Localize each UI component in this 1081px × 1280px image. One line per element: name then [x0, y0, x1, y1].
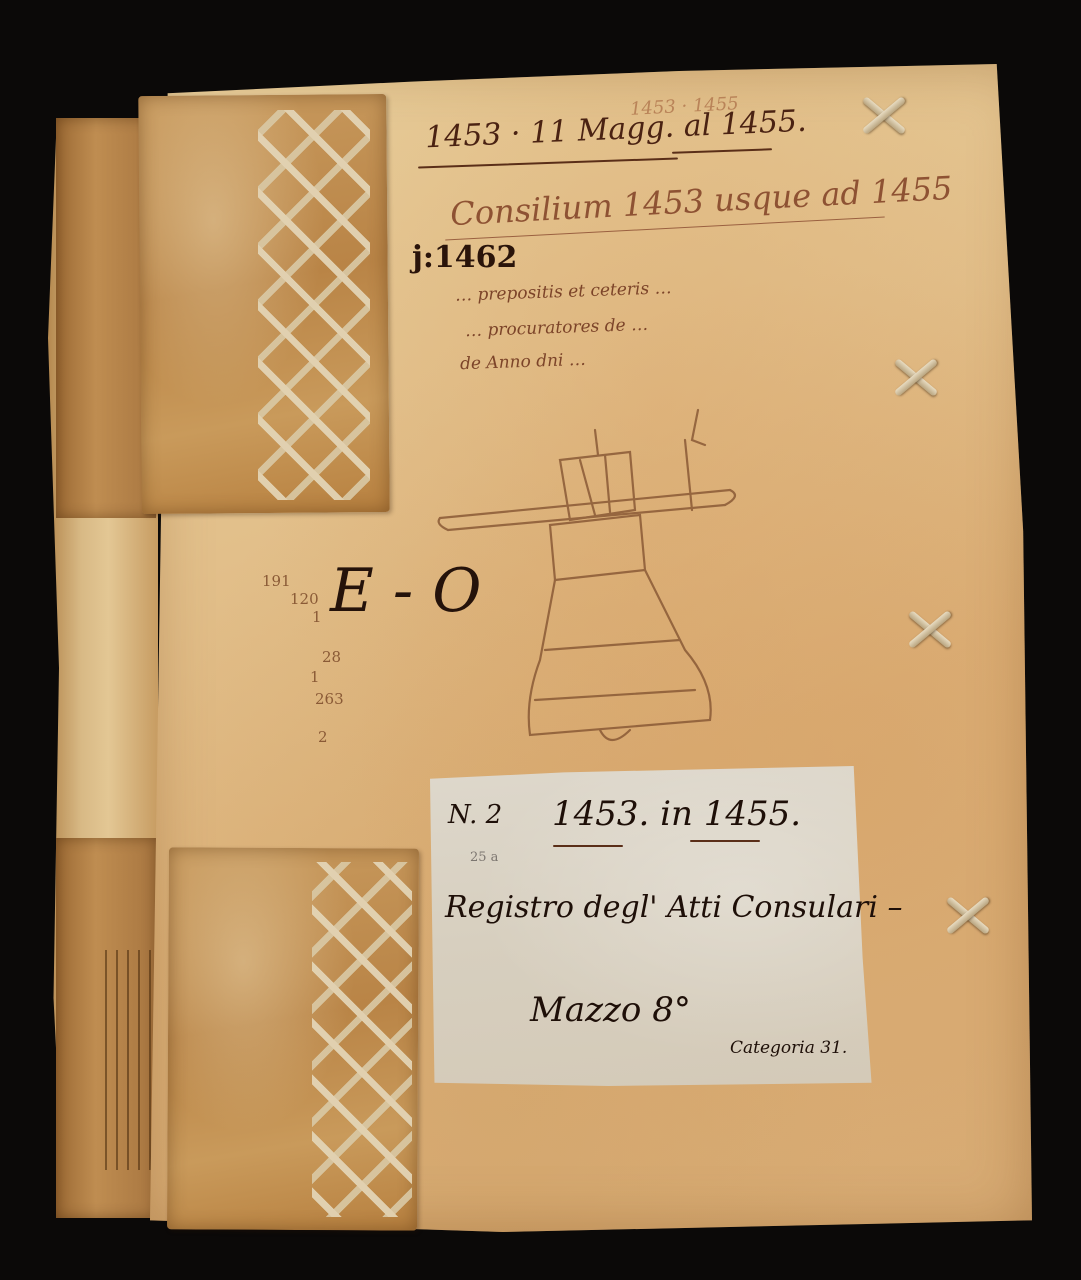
label-title: Registro degl' Atti Consulari – — [445, 890, 902, 925]
stitch-x-icon — [940, 888, 996, 944]
stitch-x-icon — [902, 602, 958, 658]
tally-number: 28 — [322, 648, 341, 666]
label-underline — [690, 840, 760, 842]
tally-number: 1 — [312, 608, 322, 626]
stitch-x-icon — [856, 88, 912, 144]
spine-ribs — [96, 950, 156, 1170]
label-category: Categoria 31. — [730, 1038, 847, 1058]
tally-number: 191 — [262, 572, 291, 590]
bell-drawing-icon — [430, 400, 760, 770]
tally-number: 263 — [315, 690, 344, 708]
label-number: N. 2 — [448, 800, 502, 830]
lattice-stitching-top — [258, 110, 370, 500]
tally-number: 1 — [310, 668, 320, 686]
label-pencil-note: 25 a — [470, 850, 498, 865]
reference-number: j:1462 — [412, 240, 517, 275]
stitch-x-icon — [888, 350, 944, 406]
label-year-range: 1453. in 1455. — [552, 794, 801, 834]
label-underline — [553, 845, 623, 847]
lattice-stitching-bottom — [312, 862, 412, 1217]
tally-number: 120 — [290, 590, 319, 608]
tally-number: 2 — [318, 728, 328, 746]
label-bundle: Mazzo 8° — [530, 990, 691, 1030]
